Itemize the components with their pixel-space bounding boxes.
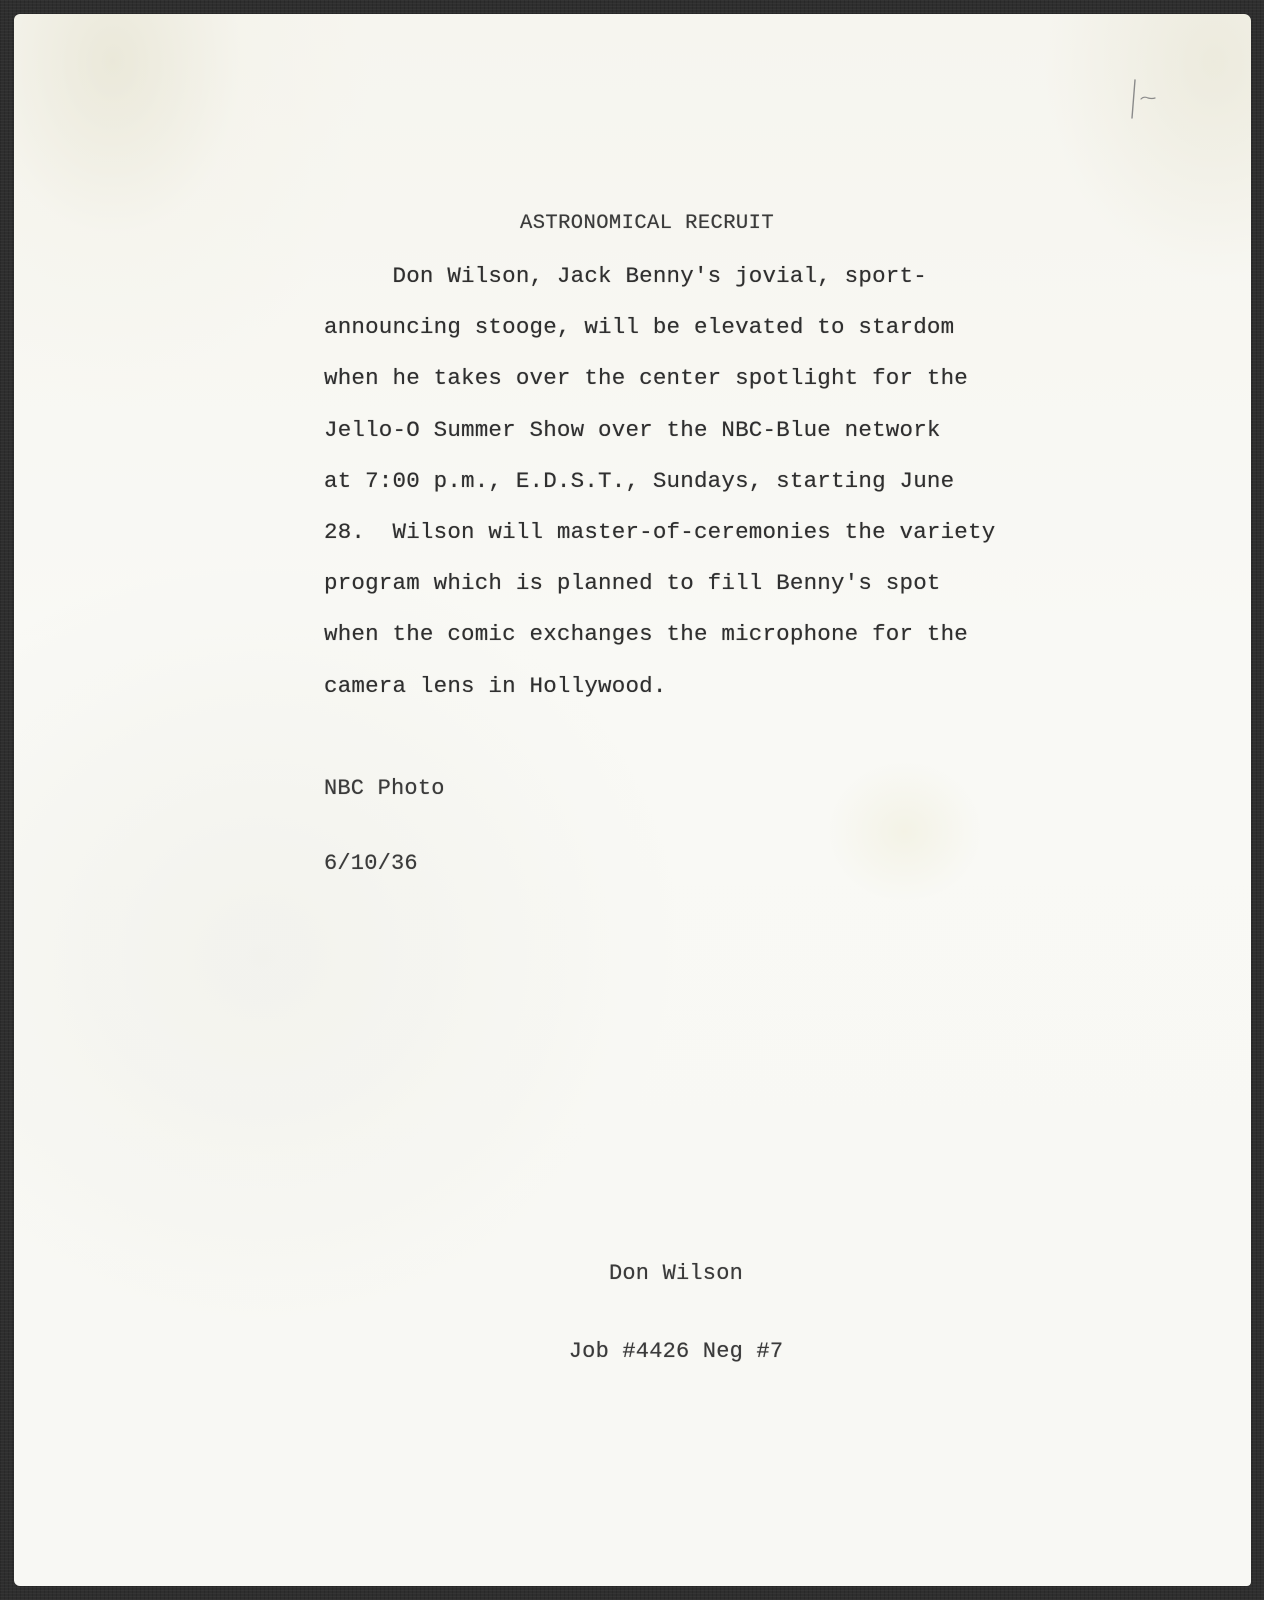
body-line: when the comic exchanges the microphone … (324, 623, 968, 646)
body-line: Jello-O Summer Show over the NBC-Blue ne… (324, 419, 941, 442)
body-line: when he takes over the center spotlight … (324, 367, 968, 390)
body-line: 28. Wilson will master-of-ceremonies the… (324, 521, 995, 544)
caption-name: Don Wilson (0, 1261, 1264, 1287)
credit-date: 6/10/36 (324, 851, 445, 876)
body-line: Don Wilson, Jack Benny's jovial, sport- (324, 265, 927, 288)
handwritten-page-mark: 1- (1126, 74, 1156, 124)
body-line: announcing stooge, will be elevated to s… (324, 316, 954, 339)
document-title: ASTRONOMICAL RECRUIT (520, 212, 774, 235)
photo-caption: Don Wilson Job #4426 Neg #7 (0, 1209, 1264, 1391)
photo-credit: NBC Photo 6/10/36 (324, 726, 445, 901)
body-line: camera lens in Hollywood. (324, 675, 667, 698)
caption-job-line: Job #4426 Neg #7 (0, 1339, 1264, 1365)
body-line: at 7:00 p.m., E.D.S.T., Sundays, startin… (324, 470, 954, 493)
body-line: program which is planned to fill Benny's… (324, 572, 941, 595)
credit-source: NBC Photo (324, 776, 445, 801)
